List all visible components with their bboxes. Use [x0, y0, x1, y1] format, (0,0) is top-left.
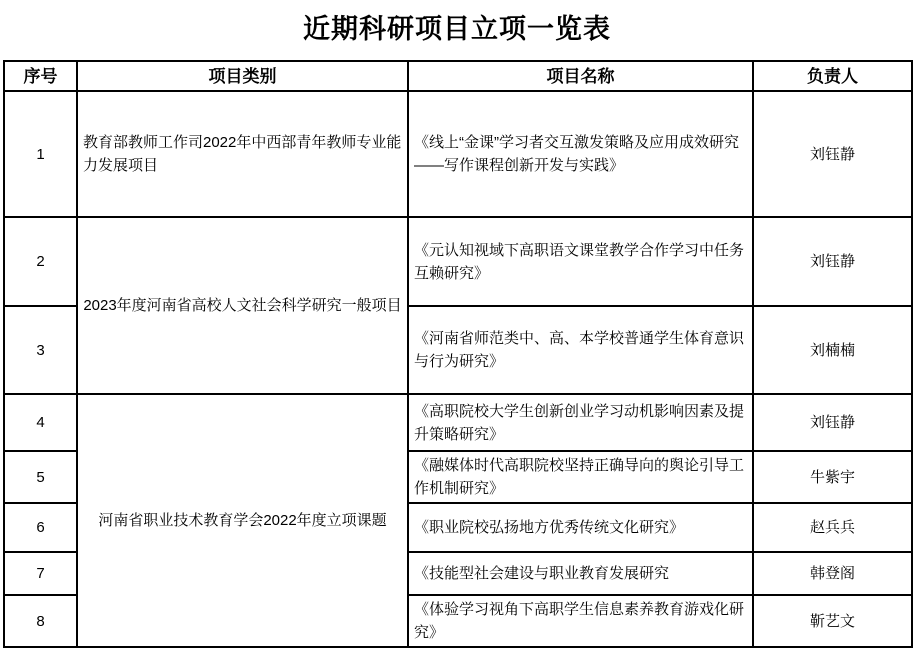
- person-cell: 刘钰静: [753, 217, 912, 306]
- project-name-cell: 《元认知视域下高职语文课堂教学合作学习中任务互赖研究》: [408, 217, 753, 306]
- person-cell: 靳艺文: [753, 595, 912, 647]
- seq-cell: 3: [4, 306, 77, 394]
- seq-cell: 5: [4, 451, 77, 503]
- seq-cell: 2: [4, 217, 77, 306]
- project-name-cell: 《融媒体时代高职院校坚持正确导向的舆论引导工作机制研究》: [408, 451, 753, 503]
- seq-cell: 1: [4, 91, 77, 217]
- column-header-category: 项目类别: [77, 61, 408, 91]
- document-page: 近期科研项目立项一览表 序号 项目类别 项目名称 负责人 1 教育部教师工作司2…: [0, 0, 914, 649]
- project-name-cell: 《职业院校弘扬地方优秀传统文化研究》: [408, 503, 753, 552]
- project-name-cell: 《技能型社会建设与职业教育发展研究: [408, 552, 753, 595]
- project-name-cell: 《体验学习视角下高职学生信息素养教育游戏化研究》: [408, 595, 753, 647]
- project-name-cell: 《高职院校大学生创新创业学习动机影响因素及提升策略研究》: [408, 394, 753, 451]
- category-cell-merged: 2023年度河南省高校人文社会科学研究一般项目: [77, 217, 408, 394]
- person-cell: 赵兵兵: [753, 503, 912, 552]
- person-cell: 刘钰静: [753, 394, 912, 451]
- column-header-seq: 序号: [4, 61, 77, 91]
- column-header-name: 项目名称: [408, 61, 753, 91]
- project-name-cell: 《线上“金课”学习者交互激发策略及应用成效研究——写作课程创新开发与实践》: [408, 91, 753, 217]
- seq-cell: 7: [4, 552, 77, 595]
- table-row: 1 教育部教师工作司2022年中西部青年教师专业能力发展项目 《线上“金课”学习…: [4, 91, 912, 217]
- table-row: 4 河南省职业技术教育学会2022年度立项课题 《高职院校大学生创新创业学习动机…: [4, 394, 912, 451]
- category-cell: 教育部教师工作司2022年中西部青年教师专业能力发展项目: [77, 91, 408, 217]
- seq-cell: 6: [4, 503, 77, 552]
- project-name-cell: 《河南省师范类中、高、本学校普通学生体育意识与行为研究》: [408, 306, 753, 394]
- seq-cell: 4: [4, 394, 77, 451]
- column-header-person: 负责人: [753, 61, 912, 91]
- category-cell-merged: 河南省职业技术教育学会2022年度立项课题: [77, 394, 408, 647]
- table-header-row: 序号 项目类别 项目名称 负责人: [4, 61, 912, 91]
- person-cell: 韩登阁: [753, 552, 912, 595]
- person-cell: 刘楠楠: [753, 306, 912, 394]
- projects-table: 序号 项目类别 项目名称 负责人 1 教育部教师工作司2022年中西部青年教师专…: [3, 60, 913, 648]
- page-title: 近期科研项目立项一览表: [0, 0, 914, 45]
- table-row: 2 2023年度河南省高校人文社会科学研究一般项目 《元认知视域下高职语文课堂教…: [4, 217, 912, 306]
- seq-cell: 8: [4, 595, 77, 647]
- person-cell: 牛紫宇: [753, 451, 912, 503]
- person-cell: 刘钰静: [753, 91, 912, 217]
